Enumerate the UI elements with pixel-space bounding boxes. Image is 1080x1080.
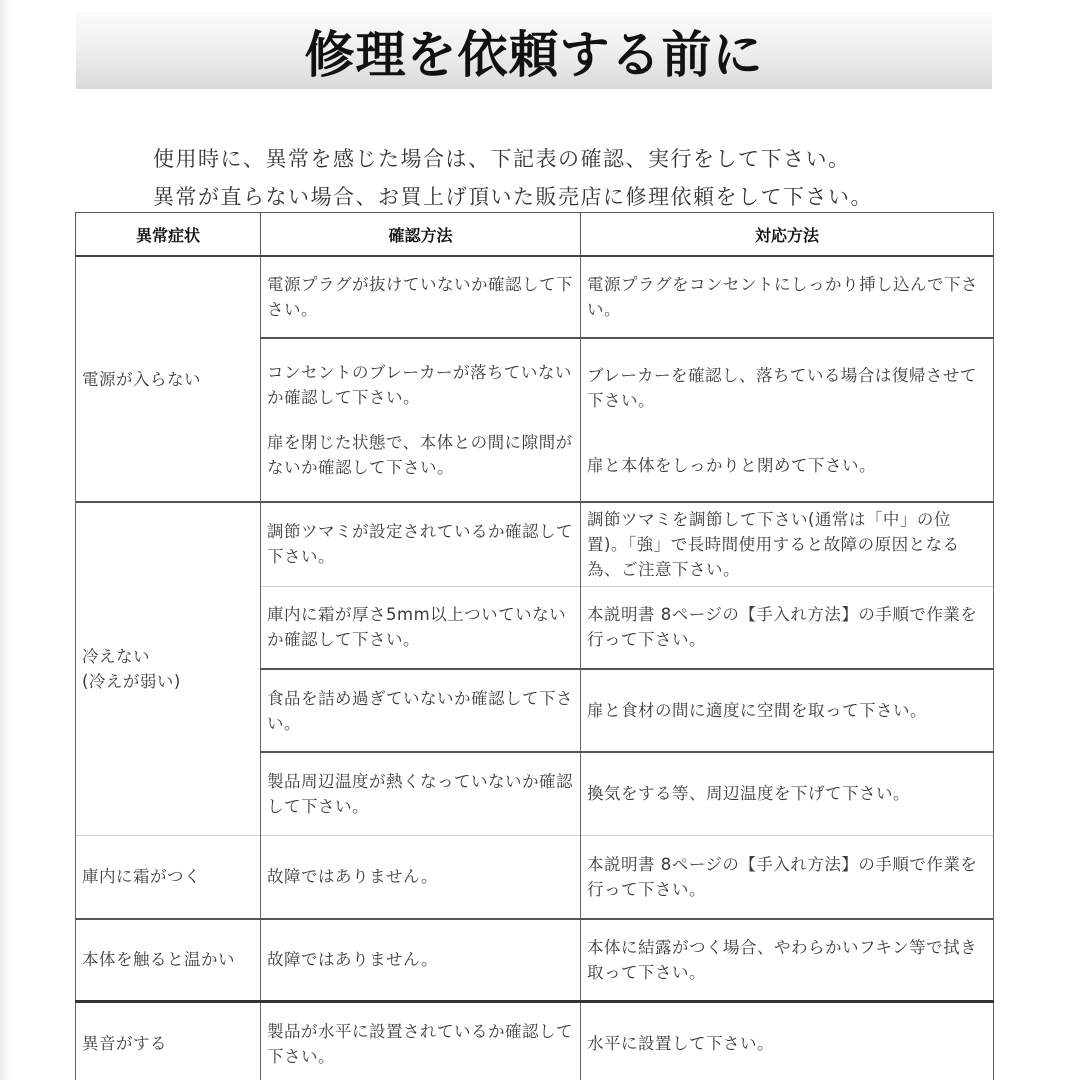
table-row: 電源が入らない 電源プラグが抜けていないか確認して下さい。 電源プラグをコンセン… [76,256,994,338]
action-cell: 水平に設置して下さい。 [581,1001,994,1080]
page-title: 修理を依頼する前に [305,15,764,87]
table-row: 冷えない (冷えが弱い) 調節ツマミが設定されているか確認して下さい。 調節ツマ… [76,502,994,586]
check-cell: 庫内に霜が厚さ5mm以上ついていないか確認して下さい。 [261,586,581,669]
table-row: 本体を触ると温かい 故障ではありません。 本体に結露がつく場合、やわらかいフキン… [76,919,994,1001]
intro-line-2: 異常が直らない場合、お買上げ頂いた販売店に修理依頼をして下さい。 [153,178,1033,216]
check-text: コンセントのブレーカーが落ちていないか確認して下さい。 [267,360,574,410]
table-row: 庫内に霜がつく 故障ではありません。 本説明書 8ページの【手入れ方法】の手順で… [76,835,994,919]
check-cell: 製品が水平に設置されているか確認して下さい。 [261,1001,581,1080]
check-text-2: 扉を閉じた状態で、本体との間に隙間がないか確認して下さい。 [267,430,574,480]
action-text: ブレーカーを確認し、落ちている場合は復帰させて下さい。 [587,363,987,413]
action-cell: 本説明書 8ページの【手入れ方法】の手順で作業を行って下さい。 [581,586,994,669]
title-banner: 修理を依頼する前に [76,12,992,89]
spacer [587,413,987,453]
symptom-cell: 本体を触ると温かい [76,919,261,1001]
intro-text: 使用時に、異常を感じた場合は、下記表の確認、実行をして下さい。 異常が直らない場… [153,140,1033,216]
action-cell: 本体に結露がつく場合、やわらかいフキン等で拭き取って下さい。 [581,919,994,1001]
table-row: 異音がする 製品が水平に設置されているか確認して下さい。 水平に設置して下さい。 [76,1001,994,1080]
symptom-cell: 電源が入らない [76,256,261,502]
table-header-row: 異常症状 確認方法 対応方法 [76,213,994,257]
symptom-cell: 冷えない (冷えが弱い) [76,502,261,835]
check-cell: 故障ではありません。 [261,919,581,1001]
action-cell: 換気をする等、周辺温度を下げて下さい。 [581,752,994,835]
symptom-label: 電源が入らない [82,370,201,389]
intro-line-1: 使用時に、異常を感じた場合は、下記表の確認、実行をして下さい。 [153,140,1033,178]
symptom-sublabel: (冷えが弱い) [82,669,254,694]
troubleshooting-table: 異常症状 確認方法 対応方法 電源が入らない 電源プラグが抜けていないか確認して… [75,212,994,1080]
action-cell: 電源プラグをコンセントにしっかり挿し込んで下さい。 [581,256,994,338]
check-cell: 調節ツマミが設定されているか確認して下さい。 [261,502,581,586]
spacer [267,410,574,430]
check-cell: コンセントのブレーカーが落ちていないか確認して下さい。 扉を閉じた状態で、本体と… [261,338,581,502]
check-cell: 故障ではありません。 [261,835,581,919]
check-cell: 電源プラグが抜けていないか確認して下さい。 [261,256,581,338]
check-cell: 食品を詰め過ぎていないか確認して下さい。 [261,669,581,752]
symptom-label: 冷えない [82,644,254,669]
header-symptom: 異常症状 [76,213,261,257]
action-cell: 調節ツマミを調節して下さい(通常は「中」の位置)。「強」で長時間使用すると故障の… [581,502,994,586]
action-cell: 扉と食材の間に適度に空間を取って下さい。 [581,669,994,752]
header-check-method: 確認方法 [261,213,581,257]
action-cell: ブレーカーを確認し、落ちている場合は復帰させて下さい。 扉と本体をしっかりと閉め… [581,338,994,502]
symptom-cell: 庫内に霜がつく [76,835,261,919]
page-edge-shadow [0,0,10,1080]
action-cell: 本説明書 8ページの【手入れ方法】の手順で作業を行って下さい。 [581,835,994,919]
header-action-method: 対応方法 [581,213,994,257]
action-text-2: 扉と本体をしっかりと閉めて下さい。 [587,453,987,478]
check-cell: 製品周辺温度が熱くなっていないか確認して下さい。 [261,752,581,835]
symptom-cell: 異音がする [76,1001,261,1080]
